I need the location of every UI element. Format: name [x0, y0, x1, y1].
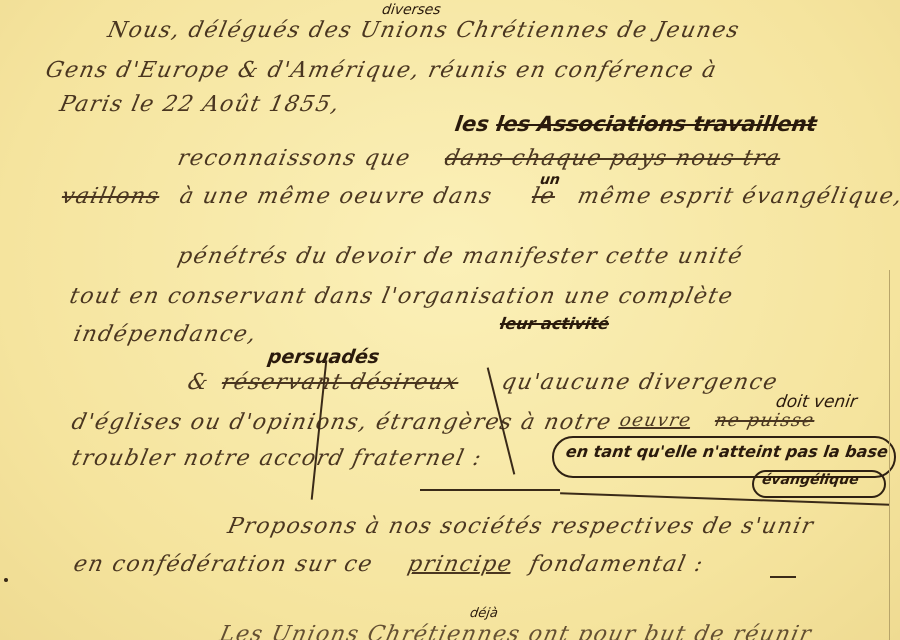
- dash-mark: [770, 576, 796, 578]
- line-5c-struck: le: [529, 184, 557, 209]
- line-10c-struck: ne puisse: [713, 410, 817, 431]
- line-9a: &: [185, 370, 211, 395]
- line-9c: qu'aucune divergence: [499, 370, 780, 395]
- line-4a: reconnaissons que: [175, 146, 413, 171]
- line-8: indépendance,: [71, 322, 259, 347]
- page-edge-rule: [889, 270, 890, 640]
- line-5a-struck: vaillons: [59, 184, 162, 209]
- line-6: pénétrés du devoir de manifester cette u…: [175, 244, 745, 269]
- line-10a: d'églises ou d'opinions, étrangères à no…: [69, 410, 614, 435]
- insertion-circled-2: évangélique: [761, 472, 860, 488]
- insertion-leur-activite-text: leur activité: [499, 314, 611, 333]
- insertion-diverses: diverses: [381, 2, 442, 18]
- line-1: Nous, délégués des Unions Chrétiennes de…: [105, 18, 742, 43]
- line-9b-struck: réservant désireux: [219, 370, 461, 395]
- line-5b: à une même oeuvre dans: [177, 184, 495, 209]
- insertion-les: les: [453, 112, 498, 136]
- insertion-circled-1: en tant qu'elle n'atteint pas la base: [565, 442, 890, 461]
- line-2: Gens d'Europe & d'Amérique, réunis en co…: [43, 58, 719, 83]
- insertion-leur-activite: leur activité: [499, 314, 611, 333]
- line-12: Proposons à nos sociétés respectives de …: [225, 514, 816, 539]
- line-7: tout en conservant dans l'organisation u…: [67, 284, 736, 309]
- line-13a: en confédération sur ce: [71, 552, 375, 577]
- line-10b: oeuvre: [618, 410, 694, 431]
- line-14: Les Unions Chrétiennes ont pour but de r…: [217, 622, 814, 640]
- manuscript-page: diverses Nous, délégués des Unions Chrét…: [0, 0, 900, 640]
- insertion-persuades: persuadés: [266, 346, 380, 368]
- insertion-deja: déjà: [469, 606, 499, 621]
- insertion-les-associations: les les Associations travaillent: [453, 112, 818, 136]
- line-5d: même esprit évangélique,: [575, 184, 900, 209]
- line-4b-struck: dans chaque pays nous tra: [442, 146, 783, 171]
- line-13c: fondamental :: [527, 552, 706, 577]
- insertion-doit-venir: doit venir: [775, 392, 859, 412]
- edit-stroke-underline: [420, 489, 560, 491]
- insertion-associations-struck: les Associations travaillent: [495, 112, 819, 136]
- ink-dot: [4, 578, 8, 582]
- line-13b: principe: [405, 552, 515, 577]
- line-11: troubler notre accord fraternel :: [69, 446, 484, 471]
- line-3: Paris le 22 Août 1855,: [57, 92, 342, 117]
